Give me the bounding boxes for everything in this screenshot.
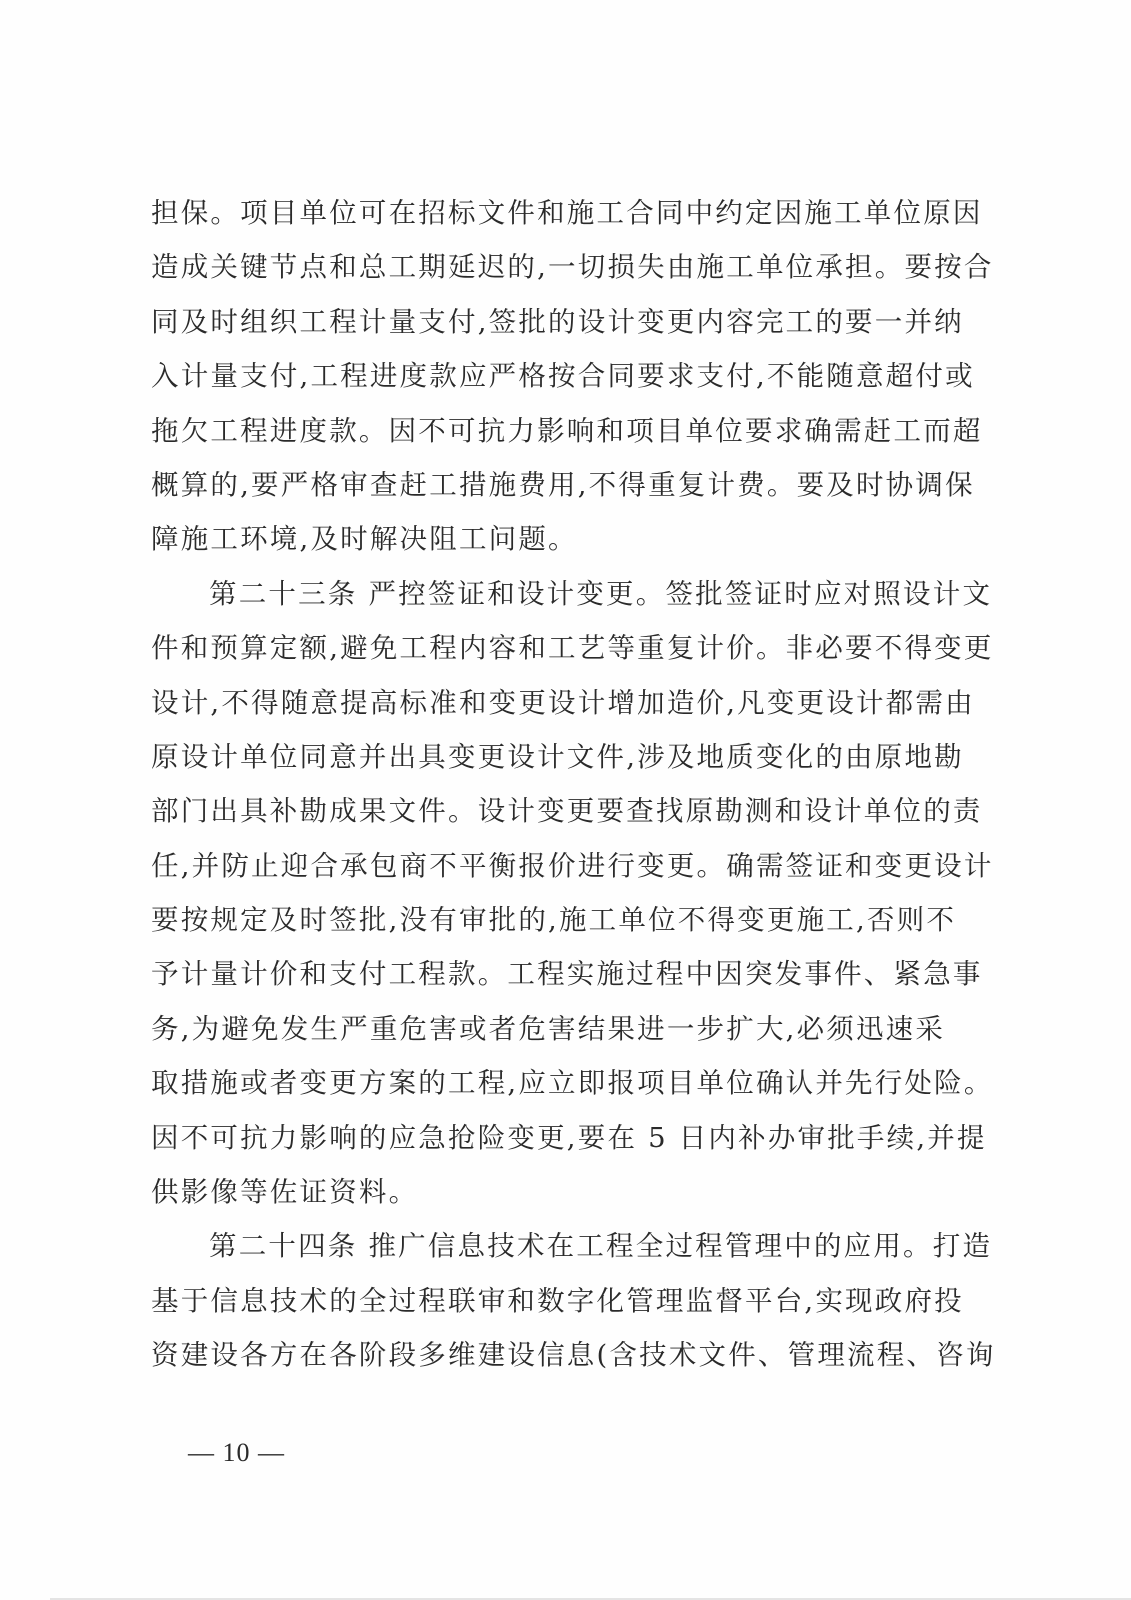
text-line: 基于信息技术的全过程联审和数字化管理监督平台,实现政府投 <box>151 1274 981 1328</box>
text-line: 部门出具补勘成果文件。设计变更要查找原勘测和设计单位的责 <box>151 784 981 838</box>
text-line: 担保。项目单位可在招标文件和施工合同中约定因施工单位原因 <box>151 186 981 240</box>
text-line: 取措施或者变更方案的工程,应立即报项目单位确认并先行处险。 <box>151 1056 981 1110</box>
text-line: 资建设各方在各阶段多维建设信息(含技术文件、管理流程、咨询 <box>151 1328 981 1382</box>
text-line: 件和预算定额,避免工程内容和工艺等重复计价。非必要不得变更 <box>151 621 981 675</box>
text-line: 障施工环境,及时解决阻工问题。 <box>151 512 981 566</box>
text-line: 同及时组织工程计量支付,签批的设计变更内容完工的要一并纳 <box>151 295 981 349</box>
document-page: 担保。项目单位可在招标文件和施工合同中约定因施工单位原因 造成关键节点和总工期延… <box>0 0 1131 1600</box>
text-line: 予计量计价和支付工程款。工程实施过程中因突发事件、紧急事 <box>151 947 981 1001</box>
page-number: — 10 — <box>188 1438 285 1468</box>
text-line: 供影像等佐证资料。 <box>151 1165 981 1219</box>
text-line: 因不可抗力影响的应急抢险变更,要在 5 日内补办审批手续,并提 <box>151 1111 981 1165</box>
text-line: 拖欠工程进度款。因不可抗力影响和项目单位要求确需赶工而超 <box>151 404 981 458</box>
article-24-heading-line: 第二十四条 推广信息技术在工程全过程管理中的应用。打造 <box>151 1219 981 1273</box>
text-line: 概算的,要严格审查赶工措施费用,不得重复计费。要及时协调保 <box>151 458 981 512</box>
text-line: 入计量支付,工程进度款应严格按合同要求支付,不能随意超付或 <box>151 349 981 403</box>
article-23-heading-line: 第二十三条 严控签证和设计变更。签批签证时应对照设计文 <box>151 567 981 621</box>
text-line: 要按规定及时签批,没有审批的,施工单位不得变更施工,否则不 <box>151 893 981 947</box>
text-line: 设计,不得随意提高标准和变更设计增加造价,凡变更设计都需由 <box>151 676 981 730</box>
document-body: 担保。项目单位可在招标文件和施工合同中约定因施工单位原因 造成关键节点和总工期延… <box>151 186 981 1383</box>
text-line: 务,为避免发生严重危害或者危害结果进一步扩大,必须迅速采 <box>151 1002 981 1056</box>
text-line: 原设计单位同意并出具变更设计文件,涉及地质变化的由原地勘 <box>151 730 981 784</box>
text-line: 造成关键节点和总工期延迟的,一切损失由施工单位承担。要按合 <box>151 240 981 294</box>
text-line: 任,并防止迎合承包商不平衡报价进行变更。确需签证和变更设计 <box>151 839 981 893</box>
